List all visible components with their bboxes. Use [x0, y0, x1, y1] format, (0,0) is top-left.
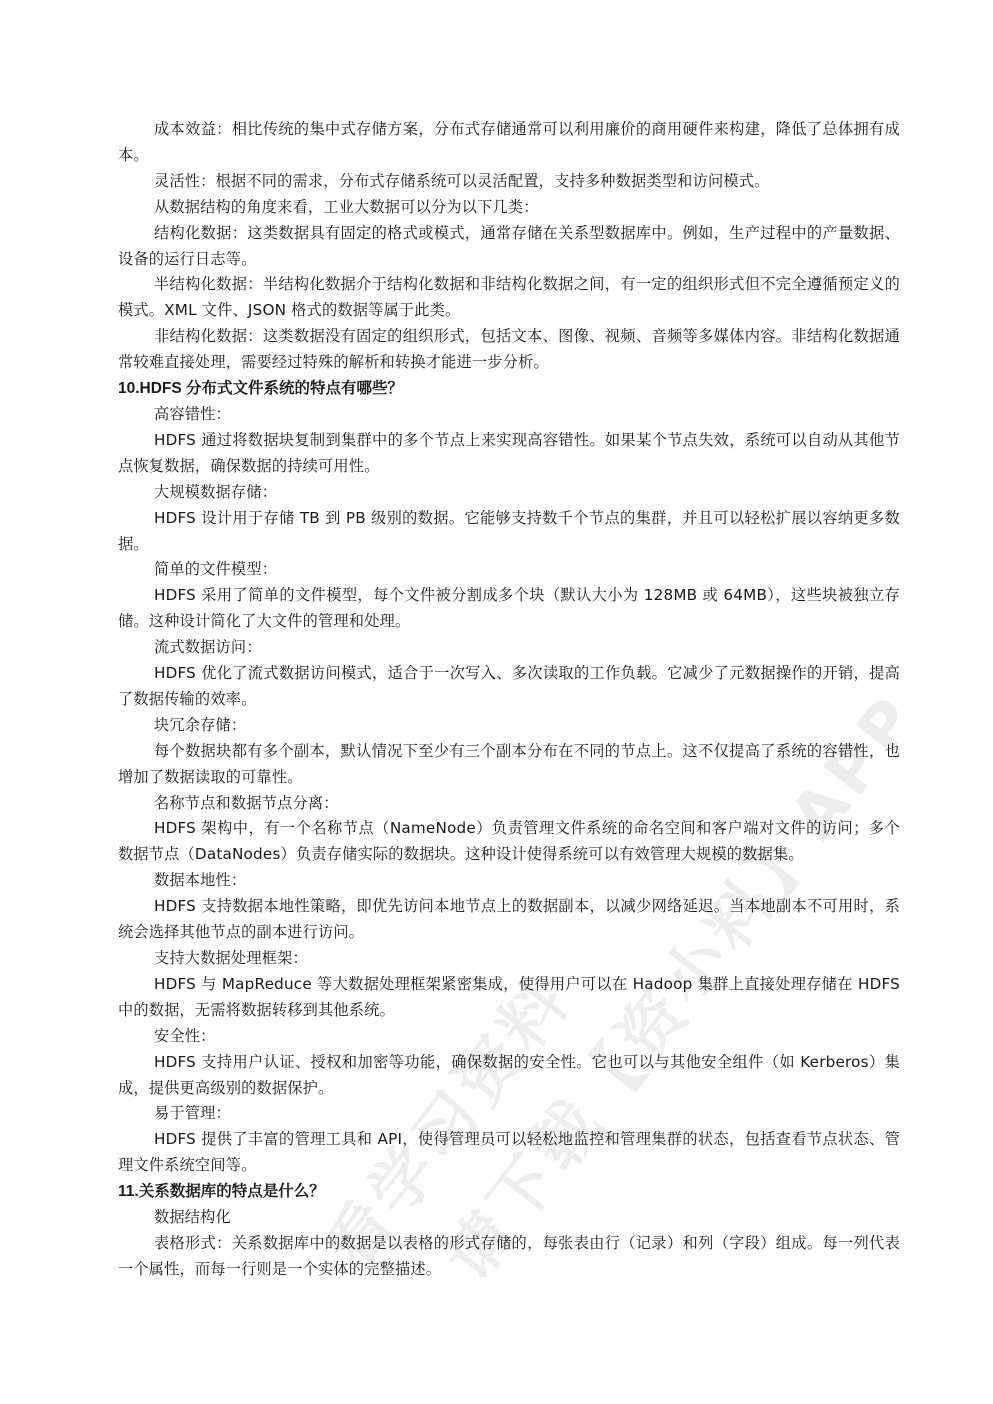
hdfs-feature-title: 简单的文件模型：: [118, 557, 900, 583]
hdfs-feature-body: HDFS 支持数据本地性策略，即优先访问本地节点上的数据副本，以减少网络延迟。当…: [118, 894, 900, 946]
hdfs-feature-body: HDFS 架构中，有一个名称节点（NameNode）负责管理文件系统的命名空间和…: [118, 816, 900, 868]
hdfs-feature-title: 高容错性：: [118, 402, 900, 428]
hdfs-feature-title: 支持大数据处理框架：: [118, 946, 900, 972]
paragraph-table-form: 表格形式：关系数据库中的数据是以表格的形式存储的，每张表由行（记录）和列（字段）…: [118, 1231, 900, 1283]
hdfs-feature-body: HDFS 提供了丰富的管理工具和 API，使得管理员可以轻松地监控和管理集群的状…: [118, 1127, 900, 1179]
paragraph-structured-data: 结构化数据：这类数据具有固定的格式或模式，通常存储在关系型数据库中。例如，生产过…: [118, 221, 900, 273]
hdfs-feature-title: 名称节点和数据节点分离：: [118, 791, 900, 817]
hdfs-feature-body: HDFS 设计用于存储 TB 到 PB 级别的数据。它能够支持数千个节点的集群，…: [118, 506, 900, 558]
paragraph-data-structure-intro: 从数据结构的角度来看，工业大数据可以分为以下几类：: [118, 195, 900, 221]
hdfs-feature-title: 安全性：: [118, 1024, 900, 1050]
hdfs-feature-body: HDFS 采用了简单的文件模型，每个文件被分割成多个块（默认大小为 128MB …: [118, 583, 900, 635]
hdfs-feature-body: HDFS 通过将数据块复制到集群中的多个节点上来实现高容错性。如果某个节点失效，…: [118, 428, 900, 480]
hdfs-feature-title: 数据本地性：: [118, 868, 900, 894]
hdfs-feature-body: HDFS 与 MapReduce 等大数据处理框架紧密集成，使得用户可以在 Ha…: [118, 972, 900, 1024]
hdfs-feature-title: 流式数据访问：: [118, 635, 900, 661]
hdfs-feature-body: 每个数据块都有多个副本，默认情况下至少有三个副本分布在不同的节点上。这不仅提高了…: [118, 739, 900, 791]
hdfs-feature-body: HDFS 支持用户认证、授权和加密等功能，确保数据的安全性。它也可以与其他安全组…: [118, 1050, 900, 1102]
hdfs-feature-body: HDFS 优化了流式数据访问模式，适合于一次写入、多次读取的工作负载。它减少了元…: [118, 661, 900, 713]
hdfs-feature-title: 大规模数据存储：: [118, 480, 900, 506]
hdfs-feature-title: 块冗余存储：: [118, 713, 900, 739]
hdfs-feature-title: 易于管理：: [118, 1101, 900, 1127]
paragraph-semi-structured-data: 半结构化数据：半结构化数据介于结构化数据和非结构化数据之间，有一定的组织形式但不…: [118, 272, 900, 324]
paragraph-unstructured-data: 非结构化数据：这类数据没有固定的组织形式，包括文本、图像、视频、音频等多媒体内容…: [118, 324, 900, 376]
paragraph-flexibility: 灵活性：根据不同的需求，分布式存储系统可以灵活配置，支持多种数据类型和访问模式。: [118, 169, 900, 195]
question-11-heading: 11.关系数据库的特点是什么？: [118, 1179, 900, 1205]
question-10-heading: 10.HDFS 分布式文件系统的特点有哪些？: [118, 376, 900, 402]
rdb-subheading: 数据结构化: [118, 1205, 900, 1231]
document-page: 成本效益：相比传统的集中式存储方案，分布式存储通常可以利用廉价的商用硬件来构建，…: [118, 117, 900, 1283]
paragraph-cost-benefit: 成本效益：相比传统的集中式存储方案，分布式存储通常可以利用廉价的商用硬件来构建，…: [118, 117, 900, 169]
